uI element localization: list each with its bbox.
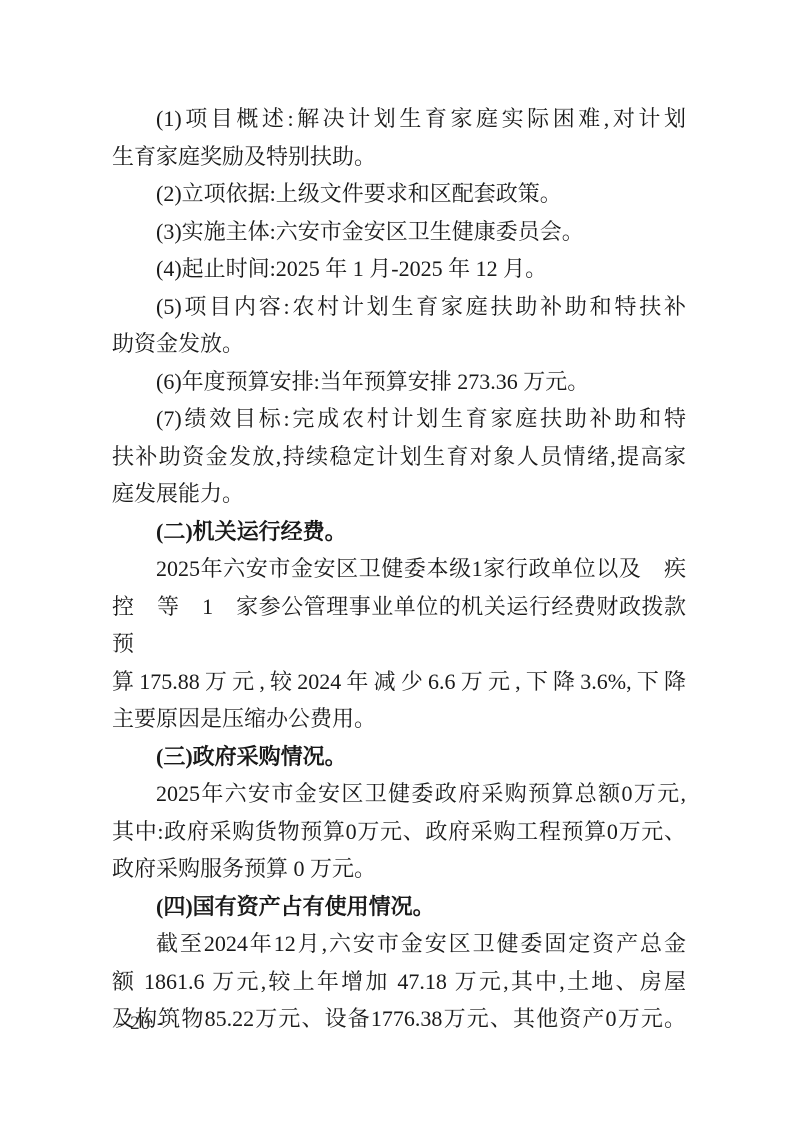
document-line: 庭发展能力。 [112, 475, 686, 513]
document-line: 扶补助资金发放,持续稳定计划生育对象人员情绪,提高家 [112, 438, 686, 476]
document-line: 生育家庭奖励及特别扶助。 [112, 138, 686, 176]
section-heading: (四)国有资产占有使用情况。 [112, 888, 686, 926]
document-line: 助资金发放。 [112, 325, 686, 363]
document-line: 2025年六安市金安区卫健委政府采购预算总额0万元, [112, 775, 686, 813]
document-line: (2)立项依据:上级文件要求和区配套政策。 [112, 175, 686, 213]
section-heading: (三)政府采购情况。 [112, 738, 686, 776]
document-line: 及构筑物85.22万元、设备1776.38万元、其他资产0万元。 [112, 1000, 686, 1038]
document-line: 主要原因是压缩办公费用。 [112, 700, 686, 738]
document-line: (3)实施主体:六安市金安区卫生健康委员会。 [112, 213, 686, 251]
document-line: 其中:政府采购货物预算0万元、政府采购工程预算0万元、 [112, 813, 686, 851]
page: (1)项目概述:解决计划生育家庭实际困难,对计划生育家庭奖励及特别扶助。(2)立… [0, 0, 794, 1122]
page-number: - 20 - [117, 1013, 164, 1035]
document-line: 政府采购服务预算 0 万元。 [112, 850, 686, 888]
document-line: 截至2024年12月,六安市金安区卫健委固定资产总金 [112, 925, 686, 963]
document-line: (5)项目内容:农村计划生育家庭扶助补助和特扶补 [112, 288, 686, 326]
document-line: 2025年六安市金安区卫健委本级1家行政单位以及 疾 [112, 550, 686, 588]
document-line: 控 等 1 家参公管理事业单位的机关运行经费财政拨款预 [112, 588, 686, 663]
document-line: 算175.88万元,较2024年减少6.6万元,下降3.6%,下降 [112, 663, 686, 701]
document-line: (4)起止时间:2025 年 1 月-2025 年 12 月。 [112, 250, 686, 288]
document-line: (1)项目概述:解决计划生育家庭实际困难,对计划 [112, 100, 686, 138]
document-line: (6)年度预算安排:当年预算安排 273.36 万元。 [112, 363, 686, 401]
document-body: (1)项目概述:解决计划生育家庭实际困难,对计划生育家庭奖励及特别扶助。(2)立… [112, 100, 686, 1038]
document-line: (7)绩效目标:完成农村计划生育家庭扶助补助和特 [112, 400, 686, 438]
document-line: 额 1861.6 万元,较上年增加 47.18 万元,其中,土地、房屋 [112, 963, 686, 1001]
section-heading: (二)机关运行经费。 [112, 513, 686, 551]
